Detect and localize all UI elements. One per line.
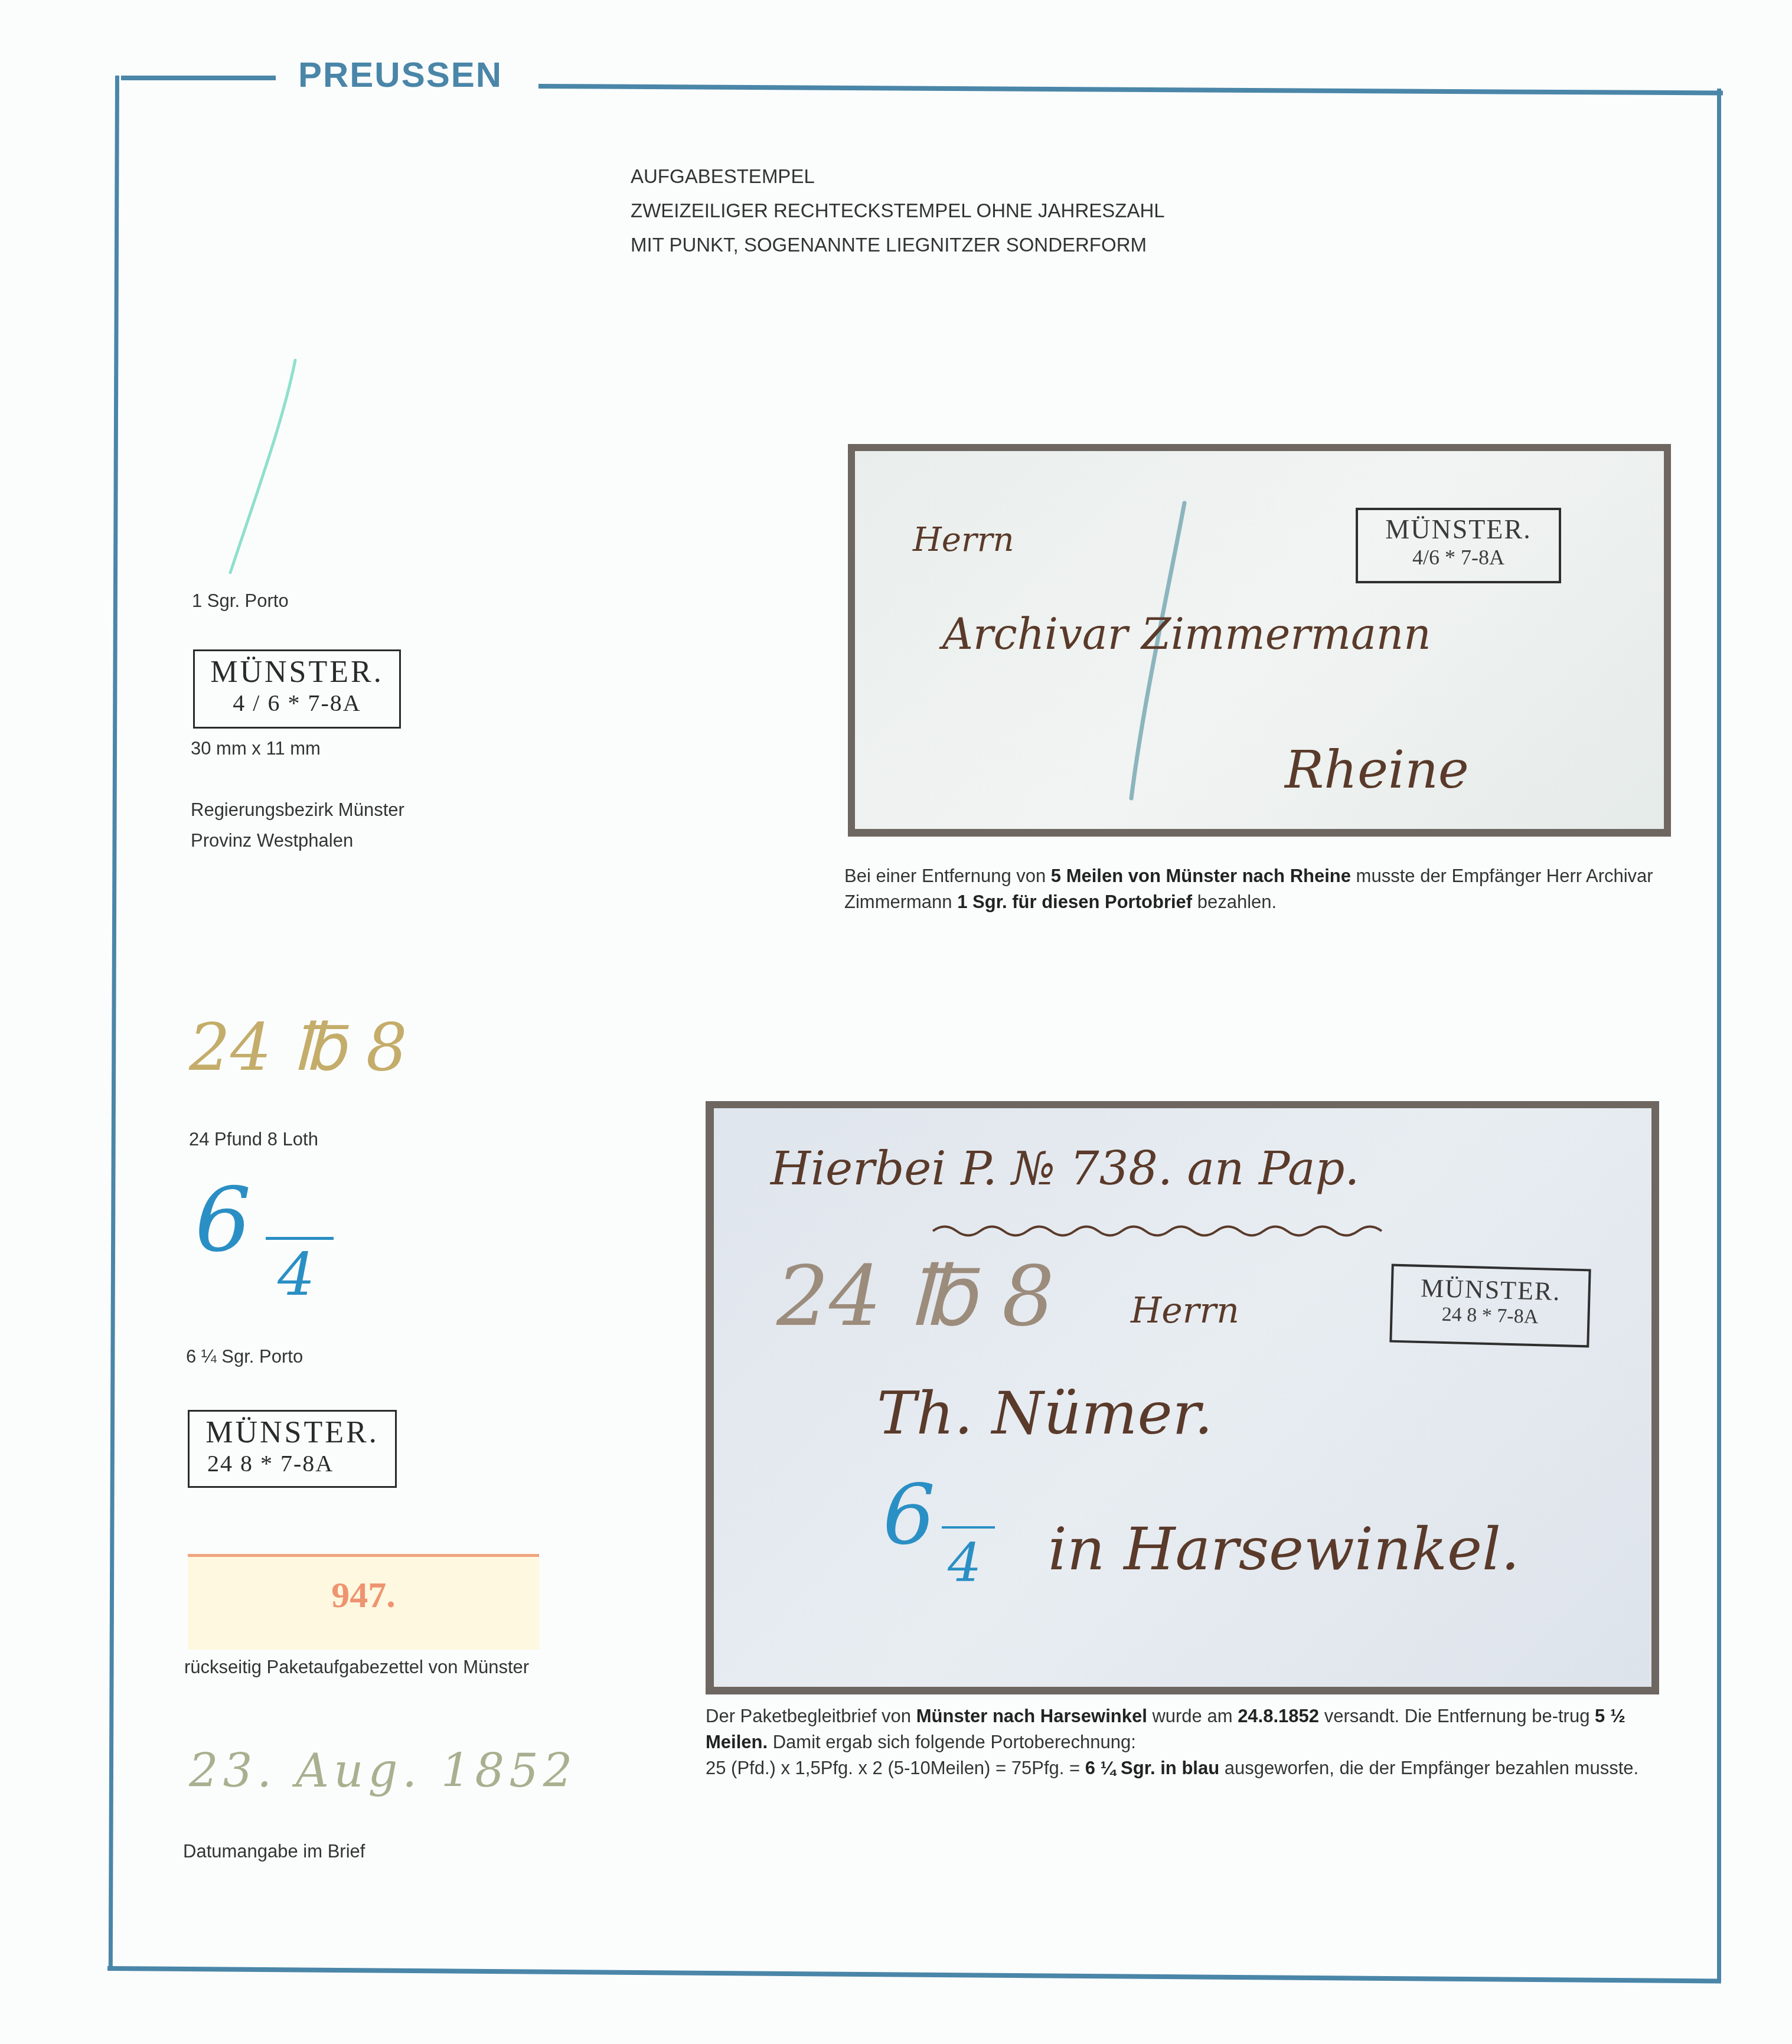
- stamp-replica-2: MÜNSTER. 24 8 * 7-8A: [188, 1410, 397, 1488]
- cover-2-top-line: Hierbei P. № 738. an Pap.: [771, 1142, 1359, 1196]
- region-caption: Regierungsbezirk Münster Provinz Westpha…: [191, 795, 404, 856]
- stamp-replica-1: MÜNSTER. 4 / 6 * 7-8A: [193, 649, 401, 729]
- cover-2-porto-mark: 6 4: [883, 1444, 1001, 1632]
- weight-caption: 24 Pfund 8 Loth: [189, 1129, 318, 1150]
- stamp-date: 4 / 6 * 7-8A: [195, 690, 399, 716]
- parcel-label: 947.: [188, 1554, 539, 1650]
- frame-border-top-left: [121, 76, 276, 80]
- handwritten-porto-1-mark: [195, 348, 313, 585]
- handwritten-date-mark: 23. Aug. 1852: [189, 1745, 577, 1798]
- cover-2-address-line: Herrn: [1131, 1290, 1239, 1331]
- cover-1-description: Bei einer Entfernung von 5 Meilen von Mü…: [844, 863, 1683, 915]
- porto-1-caption: 1 Sgr. Porto: [192, 590, 289, 612]
- stamp-city: MÜNSTER.: [190, 1415, 395, 1451]
- date-caption: Datumangabe im Brief: [183, 1841, 365, 1862]
- frame-border-bottom: [107, 1966, 1721, 1983]
- cover-1-image: MÜNSTER. 4/6 * 7-8A Herrn Archivar Zimme…: [848, 444, 1671, 837]
- porto-2-caption: 6 ¼ Sgr. Porto: [186, 1346, 303, 1367]
- handwritten-weight-mark: 24 ℔ 8: [189, 1010, 407, 1085]
- frame-border-right: [1717, 89, 1721, 1981]
- cover-2-flourish: [930, 1219, 1414, 1243]
- header-description: AUFGABESTEMPEL ZWEIZEILIGER RECHTECKSTEM…: [631, 159, 1165, 262]
- stamp-city: MÜNSTER.: [195, 655, 399, 690]
- header-line: MIT PUNKT, SOGENANNTE LIEGNITZER SONDERF…: [631, 228, 1165, 262]
- region-line: Regierungsbezirk Münster: [191, 795, 404, 825]
- header-line: AUFGABESTEMPEL: [631, 159, 1165, 194]
- parcel-label-number: 947.: [188, 1575, 539, 1617]
- frame-border-left: [109, 76, 119, 1971]
- cover-2-address-line: in Harsewinkel.: [1048, 1514, 1520, 1583]
- cover-2-description: Der Paketbegleitbrief von Münster nach H…: [706, 1703, 1668, 1781]
- page-title: PREUSSEN: [298, 54, 502, 95]
- frame-border-top-right: [538, 84, 1723, 96]
- cover-1-address-line: Herrn: [913, 521, 1014, 559]
- cover-2-stamp: MÜNSTER. 24 8 * 7-8A: [1389, 1264, 1591, 1348]
- parcel-label-caption: rückseitig Paketaufgabezettel von Münste…: [184, 1657, 529, 1678]
- cover-2-image: Hierbei P. № 738. an Pap. 24 ℔ 8 MÜNSTER…: [706, 1101, 1659, 1694]
- cover-2-weight-mark: 24 ℔ 8: [776, 1249, 1055, 1345]
- handwritten-porto-2-mark: 6 4: [195, 1157, 348, 1334]
- region-line: Provinz Westphalen: [191, 825, 404, 856]
- cover-1-stamp: MÜNSTER. 4/6 * 7-8A: [1356, 508, 1561, 583]
- header-line: ZWEIZEILIGER RECHTECKSTEMPEL OHNE JAHRES…: [631, 194, 1165, 228]
- cover-1-address-line: Rheine: [1285, 739, 1469, 800]
- stamp-date: 24 8 * 7-8A: [190, 1451, 395, 1477]
- cover-1-address-line: Archivar Zimmermann: [942, 609, 1431, 659]
- cover-2-address-line: Th. Nümer.: [877, 1379, 1213, 1448]
- stamp-size-caption: 30 mm x 11 mm: [191, 738, 321, 759]
